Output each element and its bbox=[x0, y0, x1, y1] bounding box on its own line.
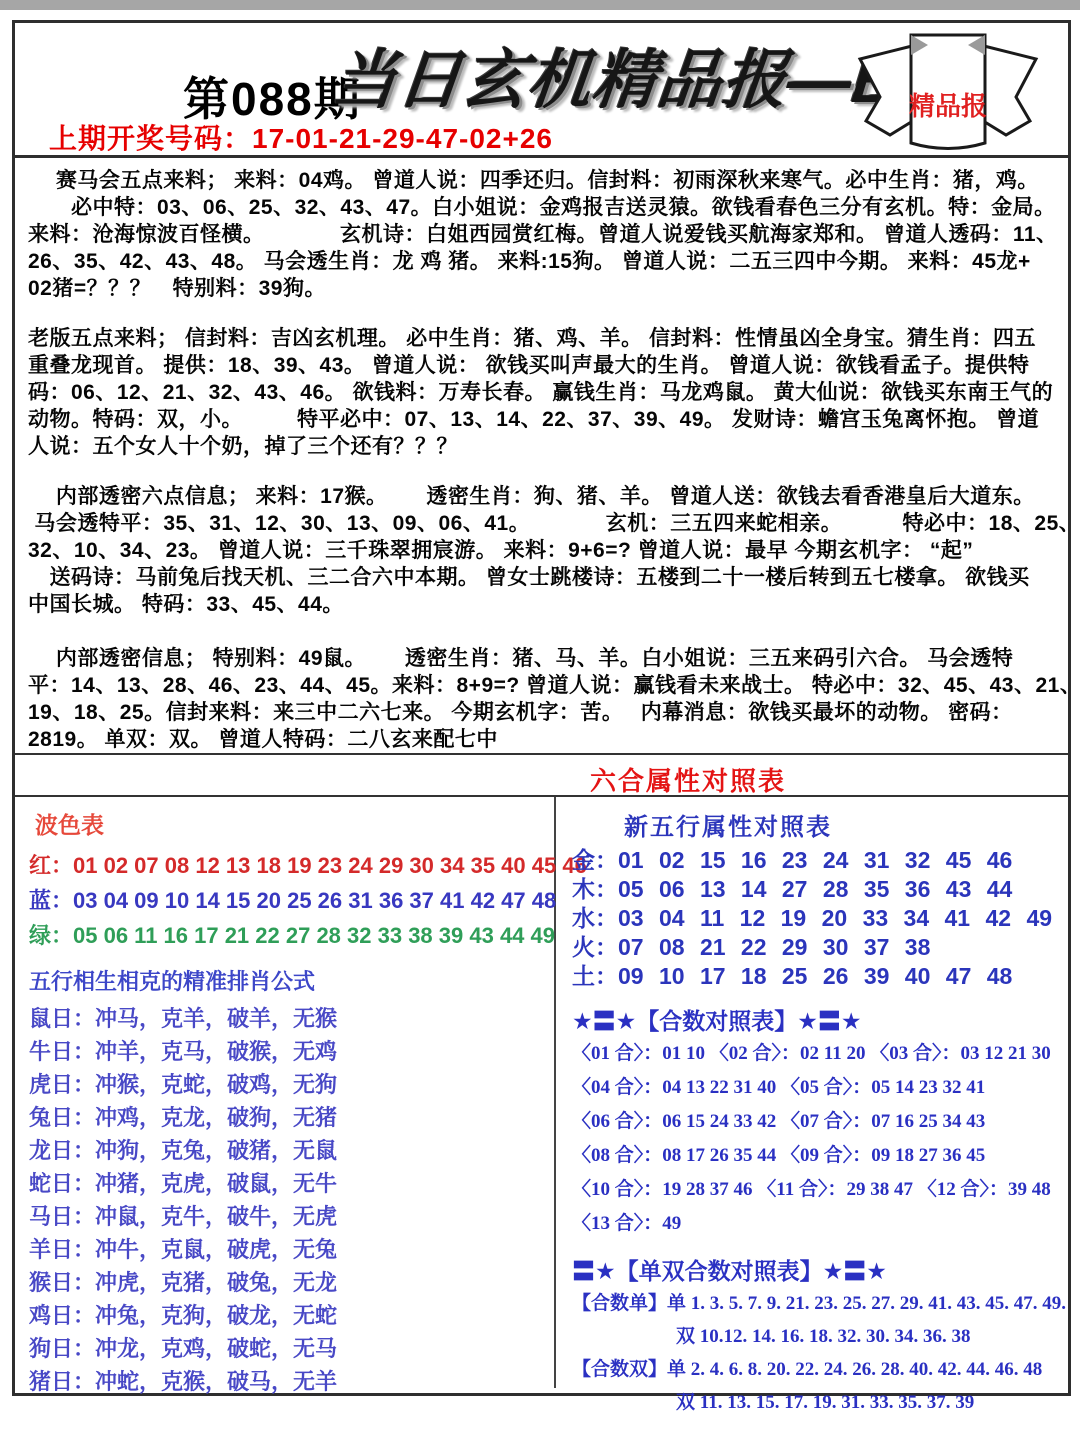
danshuang-line: 【合数双】单 2. 4. 6. 8. 20. 22. 24. 26. 28. 4… bbox=[572, 1353, 1066, 1386]
paragraph-line: 重叠龙现首。 提供：18、39、43。 曾道人说： 欲钱买叫声最大的生肖。 曾道… bbox=[28, 352, 1055, 379]
ribbon-label: 精品报 bbox=[909, 91, 987, 121]
formula-title: 五行相生相克的精准排肖公式 bbox=[29, 965, 544, 996]
danshuang-table-title: 〓★【单双合数对照表】★〓★ bbox=[572, 1255, 1066, 1287]
section-title-row: 六合属性对照表 bbox=[15, 753, 1068, 795]
ribbon-icon: 精品报 bbox=[850, 23, 1046, 155]
paragraph-line: 必中特：03、06、25、32、43、47。白小姐说：金鸡报吉送灵猿。欲钱看春色… bbox=[28, 194, 1055, 221]
zodiac-row: 兔日：冲鸡，克龙，破狗，无猪 bbox=[29, 1101, 544, 1134]
paragraph-line: 02猪=？？？ 特别料：39狗。 bbox=[28, 275, 1055, 302]
paragraph-line: 来料：沧海惊波百怪横。 玄机诗：白姐西园赏红梅。曾道人说爱钱买航海家郑和。 曾道… bbox=[28, 221, 1055, 248]
paragraph-line: 人说：五个女人十个奶，掉了三个还有？？？ bbox=[28, 433, 1055, 460]
hesu-line: 〈04 合〉：04 13 22 31 40 〈05 合〉：05 14 23 32… bbox=[572, 1071, 1066, 1105]
paragraph-1: 赛马会五点来料； 来料：04鸡。 曾道人说：四季还归。信封料：初雨深秋来寒气。必… bbox=[28, 167, 1055, 302]
masthead-title: 当日玄机精品报—B bbox=[328, 29, 905, 121]
header: 第088期 当日玄机精品报—B 精品报 上期开奖号码：17-01-21-29-4… bbox=[15, 23, 1068, 158]
previous-draw-numbers: 上期开奖号码：17-01-21-29-47-02+26 bbox=[49, 117, 553, 157]
paragraph-line: 26、35、42、43、48。 马会透生肖：龙 鸡 猪。 来料:15狗。 曾道人… bbox=[28, 248, 1055, 275]
zodiac-row: 羊日：冲牛，克鼠，破虎，无兔 bbox=[29, 1233, 544, 1266]
hesu-line: 〈08 合〉：08 17 26 35 44 〈09 合〉：09 18 27 36… bbox=[572, 1139, 1066, 1173]
paragraph-4: 内部透密信息； 特别料：49鼠。 透密生肖：猪、马、羊。白小姐说：三五来码引六合… bbox=[28, 645, 1055, 753]
left-column: 波色表 红：01 02 07 08 12 13 18 19 23 24 29 3… bbox=[15, 797, 556, 1388]
zodiac-row: 猪日：冲蛇，克猴，破马，无羊 bbox=[29, 1365, 544, 1398]
bose-row-green: 绿：05 06 11 16 17 21 22 27 28 32 33 38 39… bbox=[29, 918, 544, 953]
danshuang-line: 双 11. 13. 15. 17. 19. 31. 33. 35. 37. 39 bbox=[572, 1386, 1066, 1419]
ribbon-banner: 精品报 bbox=[850, 23, 1046, 155]
paragraph-line: 平：14、13、28、46、23、44、45。来料：8+9=? 曾道人说：赢钱看… bbox=[28, 672, 1055, 699]
paragraph-line: 19、18、25。信封来料：来三中二六七来。 今期玄机字：苦。 内幕消息：欲钱买… bbox=[28, 699, 1055, 726]
zodiac-row: 龙日：冲狗，克兔，破猪，无鼠 bbox=[29, 1134, 544, 1167]
paragraph-line: 2819。 单双：双。 曾道人特码：二八玄来配七中 bbox=[28, 726, 1055, 753]
page: { "header": { "issue": "第088期", "masthea… bbox=[0, 0, 1080, 1440]
paragraph-line: 马会透特平：35、31、12、30、13、09、06、41。 玄机：三五四来蛇相… bbox=[28, 510, 1055, 537]
paragraph-line: 码：06、12、21、32、43、46。 欲钱料：万寿长春。 赢钱生肖：马龙鸡鼠… bbox=[28, 379, 1055, 406]
danshuang-line: 双 10.12. 14. 16. 18. 32. 30. 34. 36. 38 bbox=[572, 1320, 1066, 1353]
hesu-line: 〈13 合〉：49 bbox=[572, 1207, 1066, 1241]
zodiac-row: 鼠日：冲马，克羊，破羊，无猴 bbox=[29, 1002, 544, 1035]
zodiac-row: 狗日：冲龙，克鸡，破蛇，无马 bbox=[29, 1332, 544, 1365]
zodiac-row: 虎日：冲猴，克蛇，破鸡，无狗 bbox=[29, 1068, 544, 1101]
scan-edge-strip bbox=[0, 0, 1080, 10]
attribute-tables: 波色表 红：01 02 07 08 12 13 18 19 23 24 29 3… bbox=[15, 795, 1068, 1388]
bose-table-title: 波色表 bbox=[35, 807, 544, 840]
zodiac-row: 猴日：冲虎，克猪，破兔，无龙 bbox=[29, 1266, 544, 1299]
wuxing-table-title: 新五行属性对照表 bbox=[624, 807, 1066, 842]
wuxing-row: 木：05 06 13 14 27 28 35 36 43 44 bbox=[572, 875, 1066, 904]
zodiac-row: 牛日：冲羊，克马，破猴，无鸡 bbox=[29, 1035, 544, 1068]
wuxing-row: 火：07 08 21 22 29 30 37 38 bbox=[572, 933, 1066, 962]
danshuang-line: 【合数单】单 1. 3. 5. 7. 9. 21. 23. 25. 27. 29… bbox=[572, 1287, 1066, 1320]
zodiac-row: 鸡日：冲兔，克狗，破龙，无蛇 bbox=[29, 1299, 544, 1332]
paragraph-line: 内部透密六点信息； 来料：17猴。 透密生肖：狗、猪、羊。 曾道人送：欲钱去看香… bbox=[28, 483, 1055, 510]
wuxing-row: 金：01 02 15 16 23 24 31 32 45 46 bbox=[572, 846, 1066, 875]
paragraph-line: 中国长城。 特码：33、45、44。 bbox=[28, 591, 1055, 618]
zodiac-row: 蛇日：冲猪，克虎，破鼠，无牛 bbox=[29, 1167, 544, 1200]
hesu-table-title: ★〓★【合数对照表】★〓★ bbox=[572, 1005, 1066, 1037]
right-column: 新五行属性对照表 金：01 02 15 16 23 24 31 32 45 46… bbox=[556, 797, 1074, 1388]
hesu-line: 〈10 合〉：19 28 37 46 〈11 合〉：29 38 47 〈12 合… bbox=[572, 1173, 1066, 1207]
hesu-line: 〈01 合〉：01 10 〈02 合〉：02 11 20 〈03 合〉：03 1… bbox=[572, 1037, 1066, 1071]
paragraph-3: 内部透密六点信息； 来料：17猴。 透密生肖：狗、猪、羊。 曾道人送：欲钱去看香… bbox=[28, 483, 1055, 618]
bose-row-red: 红：01 02 07 08 12 13 18 19 23 24 29 30 34… bbox=[29, 848, 544, 883]
page-frame: 第088期 当日玄机精品报—B 精品报 上期开奖号码：17-01-21-29-4… bbox=[12, 20, 1071, 1396]
paragraph-line: 老版五点来料； 信封料：吉凶玄机理。 必中生肖：猪、鸡、羊。 信封料：性情虽凶全… bbox=[28, 325, 1055, 352]
paragraph-line: 内部透密信息； 特别料：49鼠。 透密生肖：猪、马、羊。白小姐说：三五来码引六合… bbox=[28, 645, 1055, 672]
paragraph-2: 老版五点来料； 信封料：吉凶玄机理。 必中生肖：猪、鸡、羊。 信封料：性情虽凶全… bbox=[28, 325, 1055, 460]
tips-section: 赛马会五点来料； 来料：04鸡。 曾道人说：四季还归。信封料：初雨深秋来寒气。必… bbox=[15, 158, 1068, 753]
paragraph-line: 赛马会五点来料； 来料：04鸡。 曾道人说：四季还归。信封料：初雨深秋来寒气。必… bbox=[28, 167, 1055, 194]
section-title: 六合属性对照表 bbox=[590, 761, 786, 798]
wuxing-row: 水：03 04 11 12 19 20 33 34 41 42 49 bbox=[572, 904, 1066, 933]
wuxing-row: 土：09 10 17 18 25 26 39 40 47 48 bbox=[572, 962, 1066, 991]
paragraph-line: 动物。特码：双，小。 特平必中：07、13、14、22、37、39、49。 发财… bbox=[28, 406, 1055, 433]
bose-row-blue: 蓝：03 04 09 10 14 15 20 25 26 31 36 37 41… bbox=[29, 883, 544, 918]
hesu-line: 〈06 合〉：06 15 24 33 42 〈07 合〉：07 16 25 34… bbox=[572, 1105, 1066, 1139]
paragraph-line: 送码诗：马前兔后找天机、三二合六中本期。 曾女士跳楼诗：五楼到二十一楼后转到五七… bbox=[28, 564, 1055, 591]
paragraph-line: 32、10、34、23。 曾道人说：三千珠翠拥宸游。 来料：9+6=? 曾道人说… bbox=[28, 537, 1055, 564]
zodiac-row: 马日：冲鼠，克牛，破牛，无虎 bbox=[29, 1200, 544, 1233]
